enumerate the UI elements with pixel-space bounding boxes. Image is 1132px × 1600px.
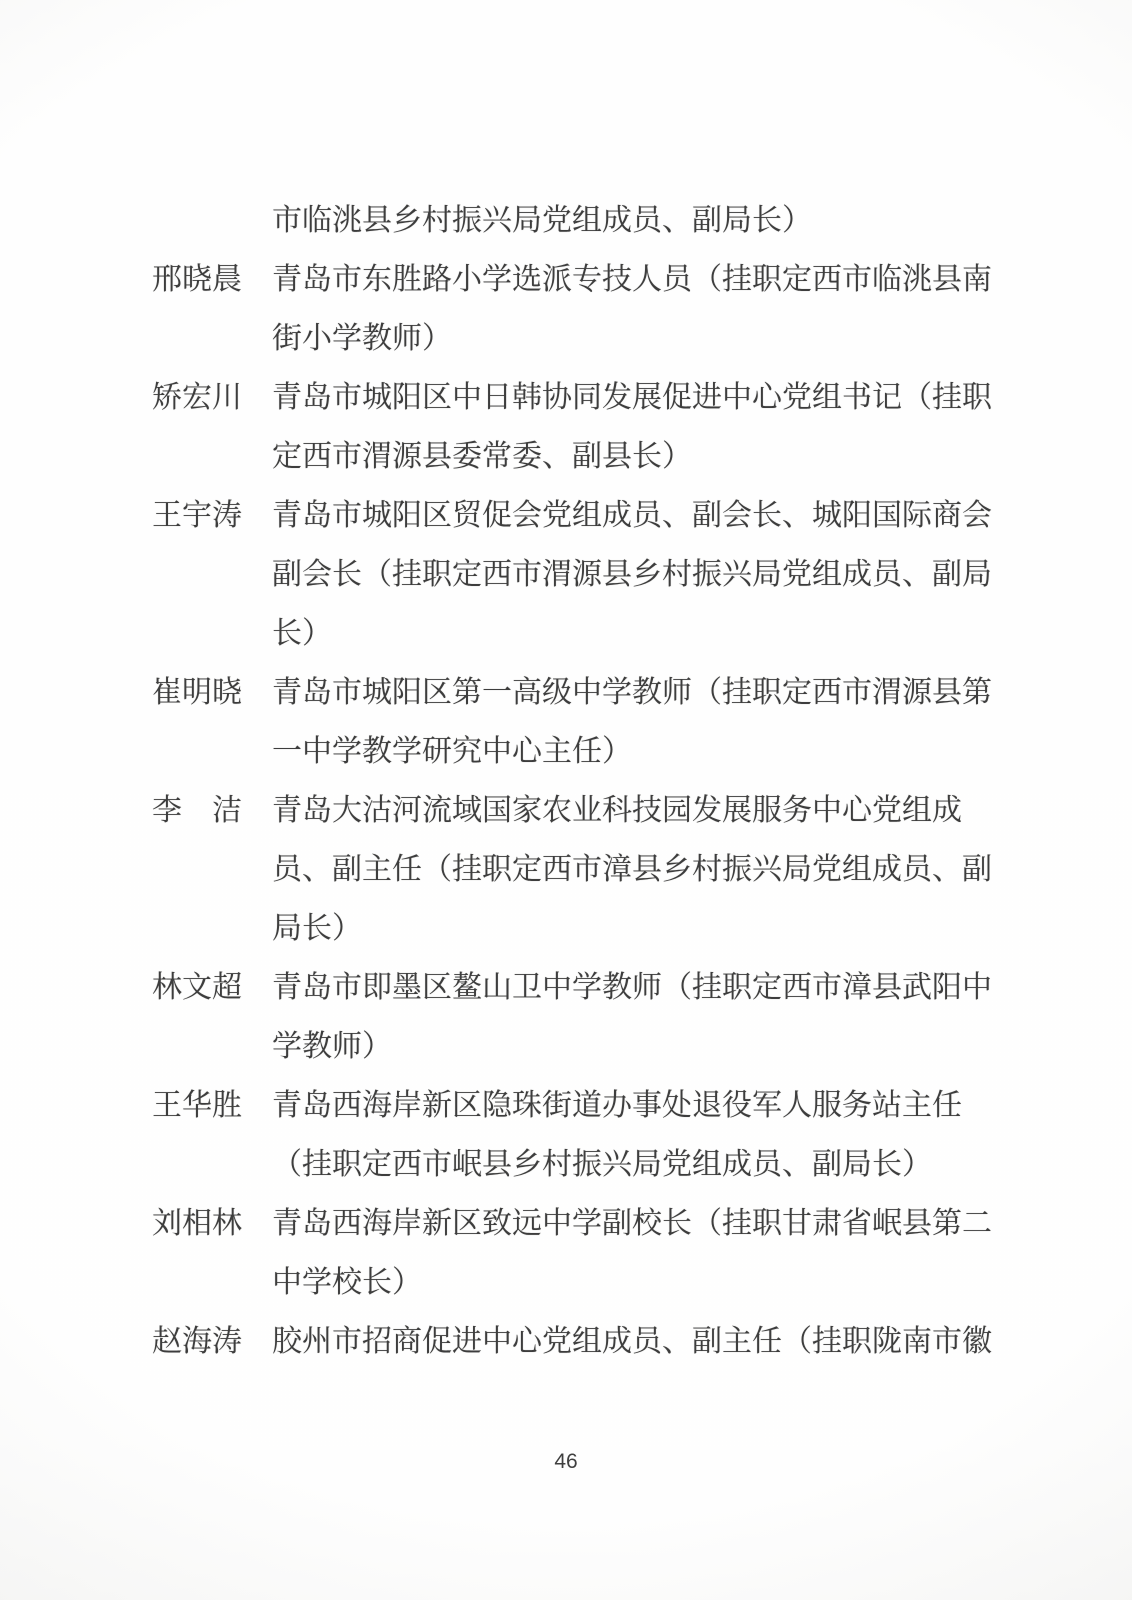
description-line: 青岛市城阳区中日韩协同发展促进中心党组书记（挂职 [272,368,992,427]
description-line: 副会长（挂职定西市渭源县乡村振兴局党组成员、副局 [272,545,992,604]
description-line: 青岛市即墨区鳌山卫中学教师（挂职定西市漳县武阳中 [272,958,992,1017]
description-line: 学教师） [272,1017,992,1076]
person-name: 李 洁 [152,781,272,840]
description-line: 定西市渭源县委常委、副县长） [272,427,992,486]
position-description: 青岛市东胜路小学选派专技人员（挂职定西市临洮县南街小学教师） [272,250,992,368]
position-description: 青岛市城阳区贸促会党组成员、副会长、城阳国际商会副会长（挂职定西市渭源县乡村振兴… [272,486,992,663]
description-line: 局长） [272,899,992,958]
description-line: 青岛西海岸新区隐珠街道办事处退役军人服务站主任 [272,1076,992,1135]
person-name: 邢晓晨 [152,250,272,309]
description-line: 青岛市城阳区贸促会党组成员、副会长、城阳国际商会 [272,486,992,545]
description-line: 青岛西海岸新区致远中学副校长（挂职甘肃省岷县第二 [272,1194,992,1253]
person-name: 矫宏川 [152,368,272,427]
description-line: 一中学教学研究中心主任） [272,722,992,781]
personnel-entry: 崔明晓 青岛市城阳区第一高级中学教师（挂职定西市渭源县第一中学教学研究中心主任） [152,663,992,781]
description-line: 中学校长） [272,1253,992,1312]
personnel-entry: 市临洮县乡村振兴局党组成员、副局长） [152,191,992,250]
description-line: 市临洮县乡村振兴局党组成员、副局长） [272,191,992,250]
person-name: 王华胜 [152,1076,272,1135]
document-page: 市临洮县乡村振兴局党组成员、副局长） 邢晓晨 青岛市东胜路小学选派专技人员（挂职… [0,0,1132,1600]
personnel-entry: 王宇涛 青岛市城阳区贸促会党组成员、副会长、城阳国际商会副会长（挂职定西市渭源县… [152,486,992,663]
personnel-entry: 王华胜 青岛西海岸新区隐珠街道办事处退役军人服务站主任（挂职定西市岷县乡村振兴局… [152,1076,992,1194]
person-name: 崔明晓 [152,663,272,722]
person-name: 赵海涛 [152,1312,272,1371]
position-description: 青岛西海岸新区致远中学副校长（挂职甘肃省岷县第二中学校长） [272,1194,992,1312]
person-name: 王宇涛 [152,486,272,545]
personnel-entry: 矫宏川 青岛市城阳区中日韩协同发展促进中心党组书记（挂职定西市渭源县委常委、副县… [152,368,992,486]
person-name: 刘相林 [152,1194,272,1253]
person-name: 林文超 [152,958,272,1017]
description-line: 长） [272,604,992,663]
description-line: 青岛大沽河流域国家农业科技园发展服务中心党组成 [272,781,992,840]
description-line: 青岛市东胜路小学选派专技人员（挂职定西市临洮县南 [272,250,992,309]
position-description: 市临洮县乡村振兴局党组成员、副局长） [272,191,992,250]
description-line: 胶州市招商促进中心党组成员、副主任（挂职陇南市徽 [272,1312,992,1371]
position-description: 青岛市城阳区第一高级中学教师（挂职定西市渭源县第一中学教学研究中心主任） [272,663,992,781]
entry-list: 市临洮县乡村振兴局党组成员、副局长） 邢晓晨 青岛市东胜路小学选派专技人员（挂职… [152,191,992,1371]
personnel-entry: 林文超 青岛市即墨区鳌山卫中学教师（挂职定西市漳县武阳中学教师） [152,958,992,1076]
description-line: 青岛市城阳区第一高级中学教师（挂职定西市渭源县第 [272,663,992,722]
description-line: 街小学教师） [272,309,992,368]
position-description: 青岛西海岸新区隐珠街道办事处退役军人服务站主任（挂职定西市岷县乡村振兴局党组成员… [272,1076,992,1194]
page-number: 46 [0,1450,1132,1474]
personnel-entry: 刘相林 青岛西海岸新区致远中学副校长（挂职甘肃省岷县第二中学校长） [152,1194,992,1312]
personnel-entry: 赵海涛 胶州市招商促进中心党组成员、副主任（挂职陇南市徽 [152,1312,992,1371]
description-line: 员、副主任（挂职定西市漳县乡村振兴局党组成员、副 [272,840,992,899]
position-description: 胶州市招商促进中心党组成员、副主任（挂职陇南市徽 [272,1312,992,1371]
position-description: 青岛市城阳区中日韩协同发展促进中心党组书记（挂职定西市渭源县委常委、副县长） [272,368,992,486]
description-line: （挂职定西市岷县乡村振兴局党组成员、副局长） [272,1135,992,1194]
personnel-entry: 李 洁 青岛大沽河流域国家农业科技园发展服务中心党组成员、副主任（挂职定西市漳县… [152,781,992,958]
position-description: 青岛大沽河流域国家农业科技园发展服务中心党组成员、副主任（挂职定西市漳县乡村振兴… [272,781,992,958]
personnel-entry: 邢晓晨 青岛市东胜路小学选派专技人员（挂职定西市临洮县南街小学教师） [152,250,992,368]
position-description: 青岛市即墨区鳌山卫中学教师（挂职定西市漳县武阳中学教师） [272,958,992,1076]
